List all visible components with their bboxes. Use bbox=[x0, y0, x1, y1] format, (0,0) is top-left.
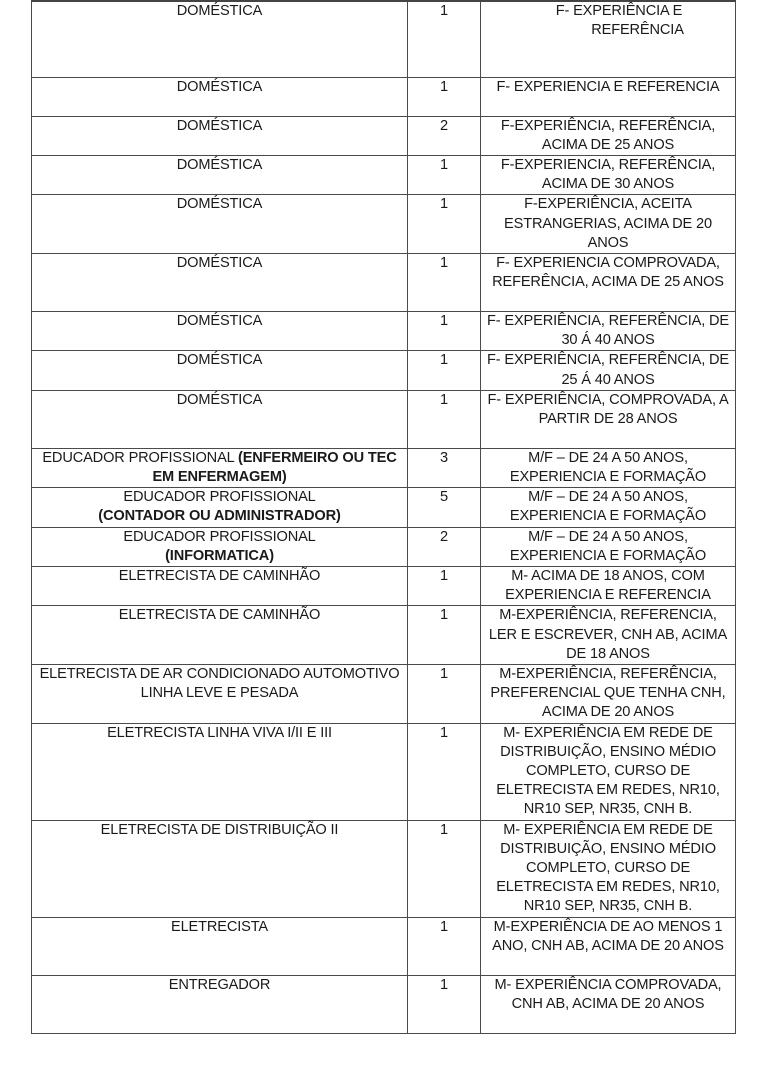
requirements: M-EXPERIÊNCIA, REFERÊNCIA, PREFERENCIAL … bbox=[490, 666, 725, 720]
requirements-cell: M- ACIMA DE 18 ANOS, COM EXPERIENCIA E R… bbox=[481, 566, 736, 605]
table-row: ELETRECISTA DE DISTRIBUIÇÃO II1M- EXPERI… bbox=[32, 820, 736, 917]
vacancy-count: 1 bbox=[440, 568, 448, 584]
job-title: ELETRECISTA bbox=[171, 919, 268, 935]
vacancy-count-cell: 1 bbox=[408, 1, 481, 77]
vacancy-count: 1 bbox=[440, 666, 448, 682]
table-body: DOMÉSTICA 1 F- EXPERIÊNCIA E REFERÊNCIA … bbox=[32, 1, 736, 1033]
table-row: ELETRECISTA LINHA VIVA I/II E III1M- EXP… bbox=[32, 723, 736, 820]
requirements: F-EXPERIENCIA, REFERÊNCIA, ACIMA DE 30 A… bbox=[501, 157, 715, 192]
table-row: DOMÉSTICA1F- EXPERIÊNCIA, REFERÊNCIA, DE… bbox=[32, 351, 736, 390]
table-row: DOMÉSTICA1F-EXPERIENCIA, REFERÊNCIA, ACI… bbox=[32, 155, 736, 194]
requirements-cell: F- EXPERIÊNCIA, REFERÊNCIA, DE 30 Á 40 A… bbox=[481, 311, 736, 350]
requirements-cell: M- EXPERIÊNCIA EM REDE DE DISTRIBUIÇÃO, … bbox=[481, 820, 736, 917]
job-title-cell: EDUCADOR PROFISSIONAL(INFORMATICA) bbox=[32, 527, 408, 566]
requirements: F- EXPERIENCIA COMPROVADA, REFERÊNCIA, A… bbox=[492, 255, 724, 290]
vacancy-count: 1 bbox=[440, 822, 448, 838]
job-title-cell: ELETRECISTA LINHA VIVA I/II E III bbox=[32, 723, 408, 820]
job-title-cell: DOMÉSTICA bbox=[32, 390, 408, 448]
requirements: M-EXPERIÊNCIA DE AO MENOS 1 ANO, CNH AB,… bbox=[492, 919, 724, 954]
job-title: EDUCADOR PROFISSIONAL bbox=[42, 450, 238, 466]
requirements-cell: M-EXPERIÊNCIA, REFERENCIA, LER E ESCREVE… bbox=[481, 606, 736, 665]
requirements-cell: M- EXPERIÊNCIA COMPROVADA, CNH AB, ACIMA… bbox=[481, 975, 736, 1033]
job-title: EDUCADOR PROFISSIONAL bbox=[123, 529, 315, 545]
job-title: DOMÉSTICA bbox=[177, 352, 262, 368]
job-title-cell: DOMÉSTICA bbox=[32, 116, 408, 155]
vacancy-count: 1 bbox=[440, 607, 448, 623]
requirements-cell: M/F – DE 24 A 50 ANOS, EXPERIENCIA E FOR… bbox=[481, 527, 736, 566]
job-vacancies-table: DOMÉSTICA 1 F- EXPERIÊNCIA E REFERÊNCIA … bbox=[31, 0, 736, 1034]
vacancy-count-cell: 1 bbox=[408, 155, 481, 194]
job-title: ELETRECISTA DE CAMINHÃO bbox=[119, 568, 320, 584]
vacancy-count-cell: 1 bbox=[408, 311, 481, 350]
job-title-cell: ENTREGADOR bbox=[32, 975, 408, 1033]
requirements: M/F – DE 24 A 50 ANOS, EXPERIENCIA E FOR… bbox=[510, 529, 706, 564]
job-listing-page: DOMÉSTICA 1 F- EXPERIÊNCIA E REFERÊNCIA … bbox=[31, 0, 735, 1034]
job-title-cell: DOMÉSTICA bbox=[32, 311, 408, 350]
requirements-line-1: F- EXPERIÊNCIA E bbox=[556, 3, 683, 19]
vacancy-count: 1 bbox=[440, 392, 448, 408]
job-title: ELETRECISTA DE AR CONDICIONADO AUTOMOTIV… bbox=[40, 666, 400, 701]
vacancy-count-cell: 1 bbox=[408, 975, 481, 1033]
job-title-cell: ELETRECISTA DE CAMINHÃO bbox=[32, 566, 408, 605]
job-title-cell: DOMÉSTICA bbox=[32, 195, 408, 254]
requirements-cell: F-EXPERIENCIA, REFERÊNCIA, ACIMA DE 30 A… bbox=[481, 155, 736, 194]
vacancy-count: 1 bbox=[440, 157, 448, 173]
requirements-cell: F- EXPERIENCIA COMPROVADA, REFERÊNCIA, A… bbox=[481, 253, 736, 311]
requirements-cell: F- EXPERIÊNCIA, REFERÊNCIA, DE 25 Á 40 A… bbox=[481, 351, 736, 390]
job-title: DOMÉSTICA bbox=[177, 255, 262, 271]
job-title-cell: ELETRECISTA DE AR CONDICIONADO AUTOMOTIV… bbox=[32, 664, 408, 723]
job-title: ENTREGADOR bbox=[169, 977, 270, 993]
job-title-cell: DOMÉSTICA bbox=[32, 155, 408, 194]
job-title: EDUCADOR PROFISSIONAL bbox=[123, 489, 315, 505]
job-title: DOMÉSTICA bbox=[177, 118, 262, 134]
vacancy-count-cell: 1 bbox=[408, 77, 481, 116]
requirements: M- EXPERIÊNCIA EM REDE DE DISTRIBUIÇÃO, … bbox=[496, 822, 720, 915]
job-title-cell: DOMÉSTICA bbox=[32, 1, 408, 77]
job-title: DOMÉSTICA bbox=[177, 313, 262, 329]
vacancy-count-cell: 1 bbox=[408, 606, 481, 665]
requirements-cell: F- EXPERIÊNCIA, COMPROVADA, A PARTIR DE … bbox=[481, 390, 736, 448]
requirements: F- EXPERIÊNCIA, REFERÊNCIA, DE 25 Á 40 A… bbox=[487, 352, 729, 387]
table-row: EDUCADOR PROFISSIONAL(INFORMATICA)2M/F –… bbox=[32, 527, 736, 566]
table-row: DOMÉSTICA2F-EXPERIÊNCIA, REFERÊNCIA, ACI… bbox=[32, 116, 736, 155]
job-title: DOMÉSTICA bbox=[177, 3, 262, 19]
vacancy-count: 1 bbox=[440, 3, 448, 19]
vacancy-count: 1 bbox=[440, 919, 448, 935]
job-title-cell: EDUCADOR PROFISSIONAL(CONTADOR OU ADMINI… bbox=[32, 488, 408, 527]
job-specialization: (CONTADOR OU ADMINISTRADOR) bbox=[98, 508, 340, 524]
table-row: ELETRECISTA1M-EXPERIÊNCIA DE AO MENOS 1 … bbox=[32, 917, 736, 975]
requirements-cell: M-EXPERIÊNCIA, REFERÊNCIA, PREFERENCIAL … bbox=[481, 664, 736, 723]
requirements: M/F – DE 24 A 50 ANOS, EXPERIENCIA E FOR… bbox=[510, 450, 706, 485]
vacancy-count-cell: 1 bbox=[408, 390, 481, 448]
table-row: ELETRECISTA DE CAMINHÃO1M-EXPERIÊNCIA, R… bbox=[32, 606, 736, 665]
requirements-cell: F-EXPERIÊNCIA, REFERÊNCIA, ACIMA DE 25 A… bbox=[481, 116, 736, 155]
requirements-cell: M-EXPERIÊNCIA DE AO MENOS 1 ANO, CNH AB,… bbox=[481, 917, 736, 975]
requirements-line-2: REFERÊNCIA bbox=[507, 21, 731, 40]
job-title: DOMÉSTICA bbox=[177, 157, 262, 173]
vacancy-count-cell: 1 bbox=[408, 253, 481, 311]
requirements: M- ACIMA DE 18 ANOS, COM EXPERIENCIA E R… bbox=[505, 568, 711, 603]
vacancy-count: 2 bbox=[440, 529, 448, 545]
job-title: ELETRECISTA LINHA VIVA I/II E III bbox=[107, 725, 332, 741]
job-title: ELETRECISTA DE CAMINHÃO bbox=[119, 607, 320, 623]
table-row: DOMÉSTICA1F- EXPERIÊNCIA, COMPROVADA, A … bbox=[32, 390, 736, 448]
vacancy-count-cell: 2 bbox=[408, 116, 481, 155]
requirements: M- EXPERIÊNCIA COMPROVADA, CNH AB, ACIMA… bbox=[495, 977, 722, 1012]
vacancy-count-cell: 2 bbox=[408, 527, 481, 566]
requirements-cell: F- EXPERIENCIA E REFERENCIA bbox=[481, 77, 736, 116]
vacancy-count: 1 bbox=[440, 352, 448, 368]
job-title-cell: DOMÉSTICA bbox=[32, 351, 408, 390]
table-row: ELETRECISTA DE AR CONDICIONADO AUTOMOTIV… bbox=[32, 664, 736, 723]
job-title-cell: DOMÉSTICA bbox=[32, 77, 408, 116]
requirements: F-EXPERIÊNCIA, REFERÊNCIA, ACIMA DE 25 A… bbox=[501, 118, 715, 153]
requirements-cell: M/F – DE 24 A 50 ANOS, EXPERIENCIA E FOR… bbox=[481, 448, 736, 487]
requirements: F-EXPERIÊNCIA, ACEITA ESTRANGERIAS, ACIM… bbox=[504, 196, 712, 250]
requirements-cell: F-EXPERIÊNCIA, ACEITA ESTRANGERIAS, ACIM… bbox=[481, 195, 736, 254]
requirements: M-EXPERIÊNCIA, REFERENCIA, LER E ESCREVE… bbox=[489, 607, 727, 661]
table-row: DOMÉSTICA 1 F- EXPERIÊNCIA E REFERÊNCIA bbox=[32, 1, 736, 77]
table-row: ELETRECISTA DE CAMINHÃO1M- ACIMA DE 18 A… bbox=[32, 566, 736, 605]
vacancy-count-cell: 1 bbox=[408, 820, 481, 917]
requirements-cell: F- EXPERIÊNCIA E REFERÊNCIA bbox=[481, 1, 736, 77]
job-title-cell: ELETRECISTA DE DISTRIBUIÇÃO II bbox=[32, 820, 408, 917]
job-title: DOMÉSTICA bbox=[177, 392, 262, 408]
vacancy-count-cell: 1 bbox=[408, 723, 481, 820]
job-title-cell: EDUCADOR PROFISSIONAL (ENFERMEIRO OU TEC… bbox=[32, 448, 408, 487]
vacancy-count: 2 bbox=[440, 118, 448, 134]
table-row: DOMÉSTICA1F- EXPERIÊNCIA, REFERÊNCIA, DE… bbox=[32, 311, 736, 350]
table-row: EDUCADOR PROFISSIONAL(CONTADOR OU ADMINI… bbox=[32, 488, 736, 527]
job-title: DOMÉSTICA bbox=[177, 196, 262, 212]
vacancy-count-cell: 1 bbox=[408, 195, 481, 254]
table-row: EDUCADOR PROFISSIONAL (ENFERMEIRO OU TEC… bbox=[32, 448, 736, 487]
vacancy-count-cell: 3 bbox=[408, 448, 481, 487]
requirements: F- EXPERIENCIA E REFERENCIA bbox=[496, 79, 719, 95]
table-row: DOMÉSTICA1F- EXPERIENCIA E REFERENCIA bbox=[32, 77, 736, 116]
vacancy-count-cell: 1 bbox=[408, 664, 481, 723]
table-row: ENTREGADOR1M- EXPERIÊNCIA COMPROVADA, CN… bbox=[32, 975, 736, 1033]
job-specialization: (INFORMATICA) bbox=[165, 548, 274, 564]
job-title-cell: ELETRECISTA DE CAMINHÃO bbox=[32, 606, 408, 665]
requirements: M/F – DE 24 A 50 ANOS, EXPERIENCIA E FOR… bbox=[510, 489, 706, 524]
requirements: F- EXPERIÊNCIA, REFERÊNCIA, DE 30 Á 40 A… bbox=[487, 313, 729, 348]
job-title-cell: ELETRECISTA bbox=[32, 917, 408, 975]
vacancy-count: 1 bbox=[440, 313, 448, 329]
vacancy-count: 1 bbox=[440, 725, 448, 741]
job-title-cell: DOMÉSTICA bbox=[32, 253, 408, 311]
vacancy-count-cell: 5 bbox=[408, 488, 481, 527]
requirements-cell: M- EXPERIÊNCIA EM REDE DE DISTRIBUIÇÃO, … bbox=[481, 723, 736, 820]
requirements: F- EXPERIÊNCIA, COMPROVADA, A PARTIR DE … bbox=[487, 392, 728, 427]
vacancy-count-cell: 1 bbox=[408, 566, 481, 605]
vacancy-count: 1 bbox=[440, 196, 448, 212]
vacancy-count-cell: 1 bbox=[408, 917, 481, 975]
job-title: ELETRECISTA DE DISTRIBUIÇÃO II bbox=[101, 822, 339, 838]
vacancy-count-cell: 1 bbox=[408, 351, 481, 390]
vacancy-count: 1 bbox=[440, 255, 448, 271]
table-row: DOMÉSTICA1F-EXPERIÊNCIA, ACEITA ESTRANGE… bbox=[32, 195, 736, 254]
requirements-cell: M/F – DE 24 A 50 ANOS, EXPERIENCIA E FOR… bbox=[481, 488, 736, 527]
table-row: DOMÉSTICA1F- EXPERIENCIA COMPROVADA, REF… bbox=[32, 253, 736, 311]
vacancy-count: 1 bbox=[440, 79, 448, 95]
vacancy-count: 5 bbox=[440, 489, 448, 505]
vacancy-count: 1 bbox=[440, 977, 448, 993]
job-title: DOMÉSTICA bbox=[177, 79, 262, 95]
requirements: M- EXPERIÊNCIA EM REDE DE DISTRIBUIÇÃO, … bbox=[496, 725, 720, 818]
vacancy-count: 3 bbox=[440, 450, 448, 466]
